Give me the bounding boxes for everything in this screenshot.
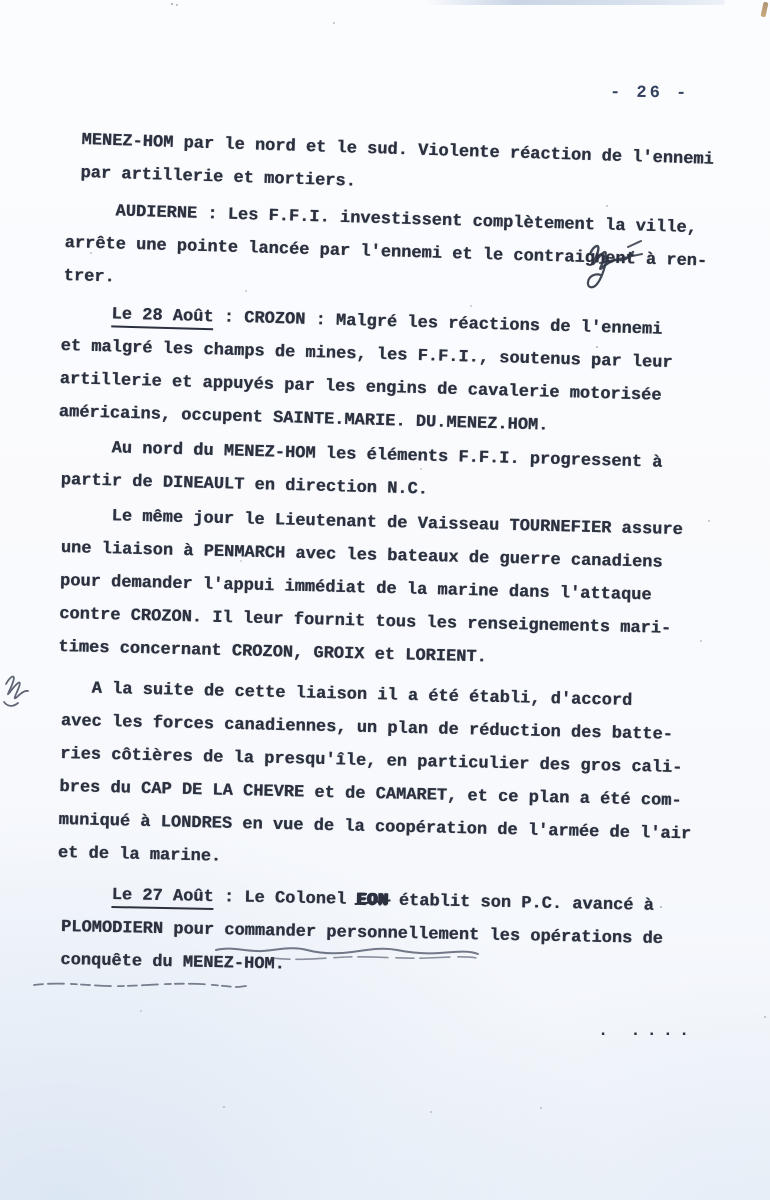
document-page: { "page": { "number_label": "- 26 -", "i…: [0, 0, 770, 1200]
paragraph: A la suite de cette liaison il a été éta…: [58, 672, 734, 885]
date-heading: Le 28 Août: [111, 305, 214, 330]
text-segment: : Le Colonel: [213, 888, 356, 910]
page-number: - 26 -: [610, 84, 689, 104]
scan-noise-specks: [0, 0, 2, 2]
trailing-dots: . ....: [598, 1022, 695, 1041]
paragraph: AUDIERNE : Les F.F.I. investissent compl…: [63, 194, 734, 312]
overstruck-name: EON: [356, 891, 388, 911]
text-segment-scribbled: en: [605, 250, 626, 270]
text-segment: t à ren-: [625, 250, 707, 271]
paragraph: Le même jour le Lieutenant de Vaisseau T…: [58, 499, 734, 680]
text-segment: : CROZON : Malgré les réactions de l'enn…: [213, 308, 662, 340]
date-heading: Le 27 Août: [111, 886, 213, 910]
text-segment: les opérations de: [479, 926, 663, 949]
underlined-phrase: commander personnellement: [224, 921, 479, 945]
typewritten-text-block: MENEZ-HOM par le nord et le sud. Violent…: [62, 124, 734, 977]
paragraph: Le 28 Août : CROZON : Malgré les réactio…: [58, 297, 733, 448]
scan-edge-streak: [425, 0, 725, 5]
paragraph: Le 27 Août : Le Colonel EON établit son …: [60, 878, 734, 990]
text-segment: établit son P.C. avancé à: [388, 892, 654, 916]
text-segment: PLOMODIERN pour: [61, 918, 225, 940]
